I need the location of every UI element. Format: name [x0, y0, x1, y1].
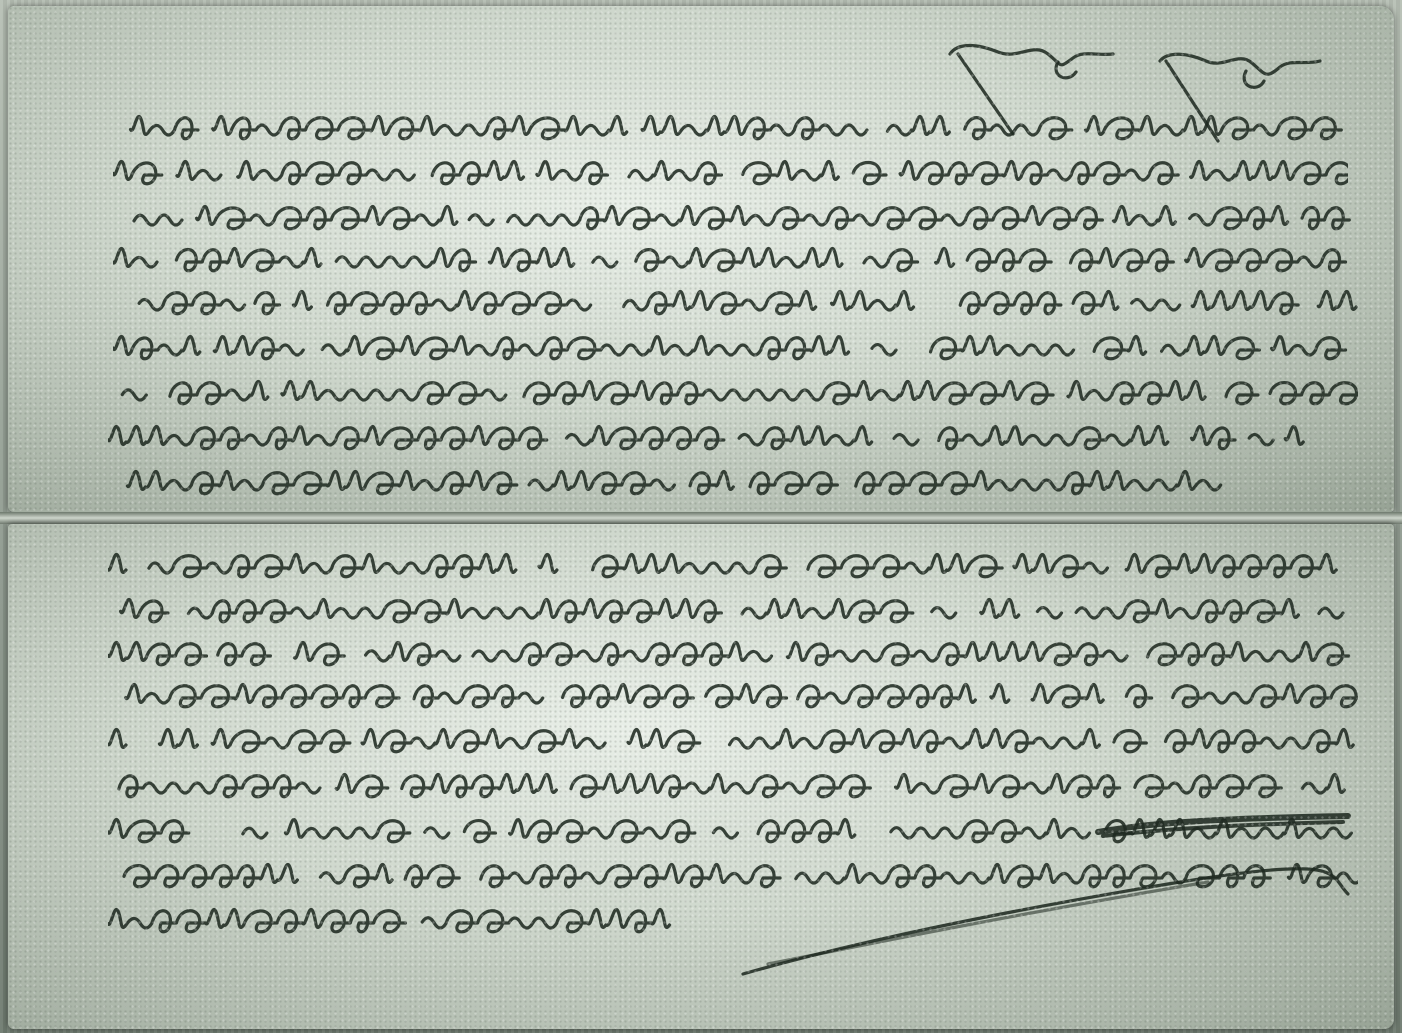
marginal-note-left: [938, 14, 1138, 144]
script-line-5: [118, 281, 1363, 325]
underline-flourish: [728, 864, 1368, 984]
script-line-9: [108, 461, 1228, 505]
script-line-7: [108, 371, 1358, 415]
script-line-6: [113, 326, 1353, 370]
script-line-4: [113, 238, 1353, 282]
script-line-13: [108, 674, 1358, 718]
script-line-10: [108, 544, 1358, 588]
script-line-12: [108, 632, 1358, 676]
script-line-18: [108, 899, 688, 943]
manuscript-panel-top: [8, 6, 1394, 512]
strikethrough: [1093, 812, 1353, 842]
marginal-note-right: [1148, 31, 1348, 161]
fold-line: [0, 512, 1402, 524]
script-line-11: [108, 589, 1358, 633]
manuscript-panel-bottom: [8, 524, 1394, 1029]
script-line-14: [108, 719, 1358, 763]
script-line-15: [108, 764, 1358, 808]
script-line-8: [108, 416, 1358, 460]
script-line-3: [118, 196, 1358, 240]
